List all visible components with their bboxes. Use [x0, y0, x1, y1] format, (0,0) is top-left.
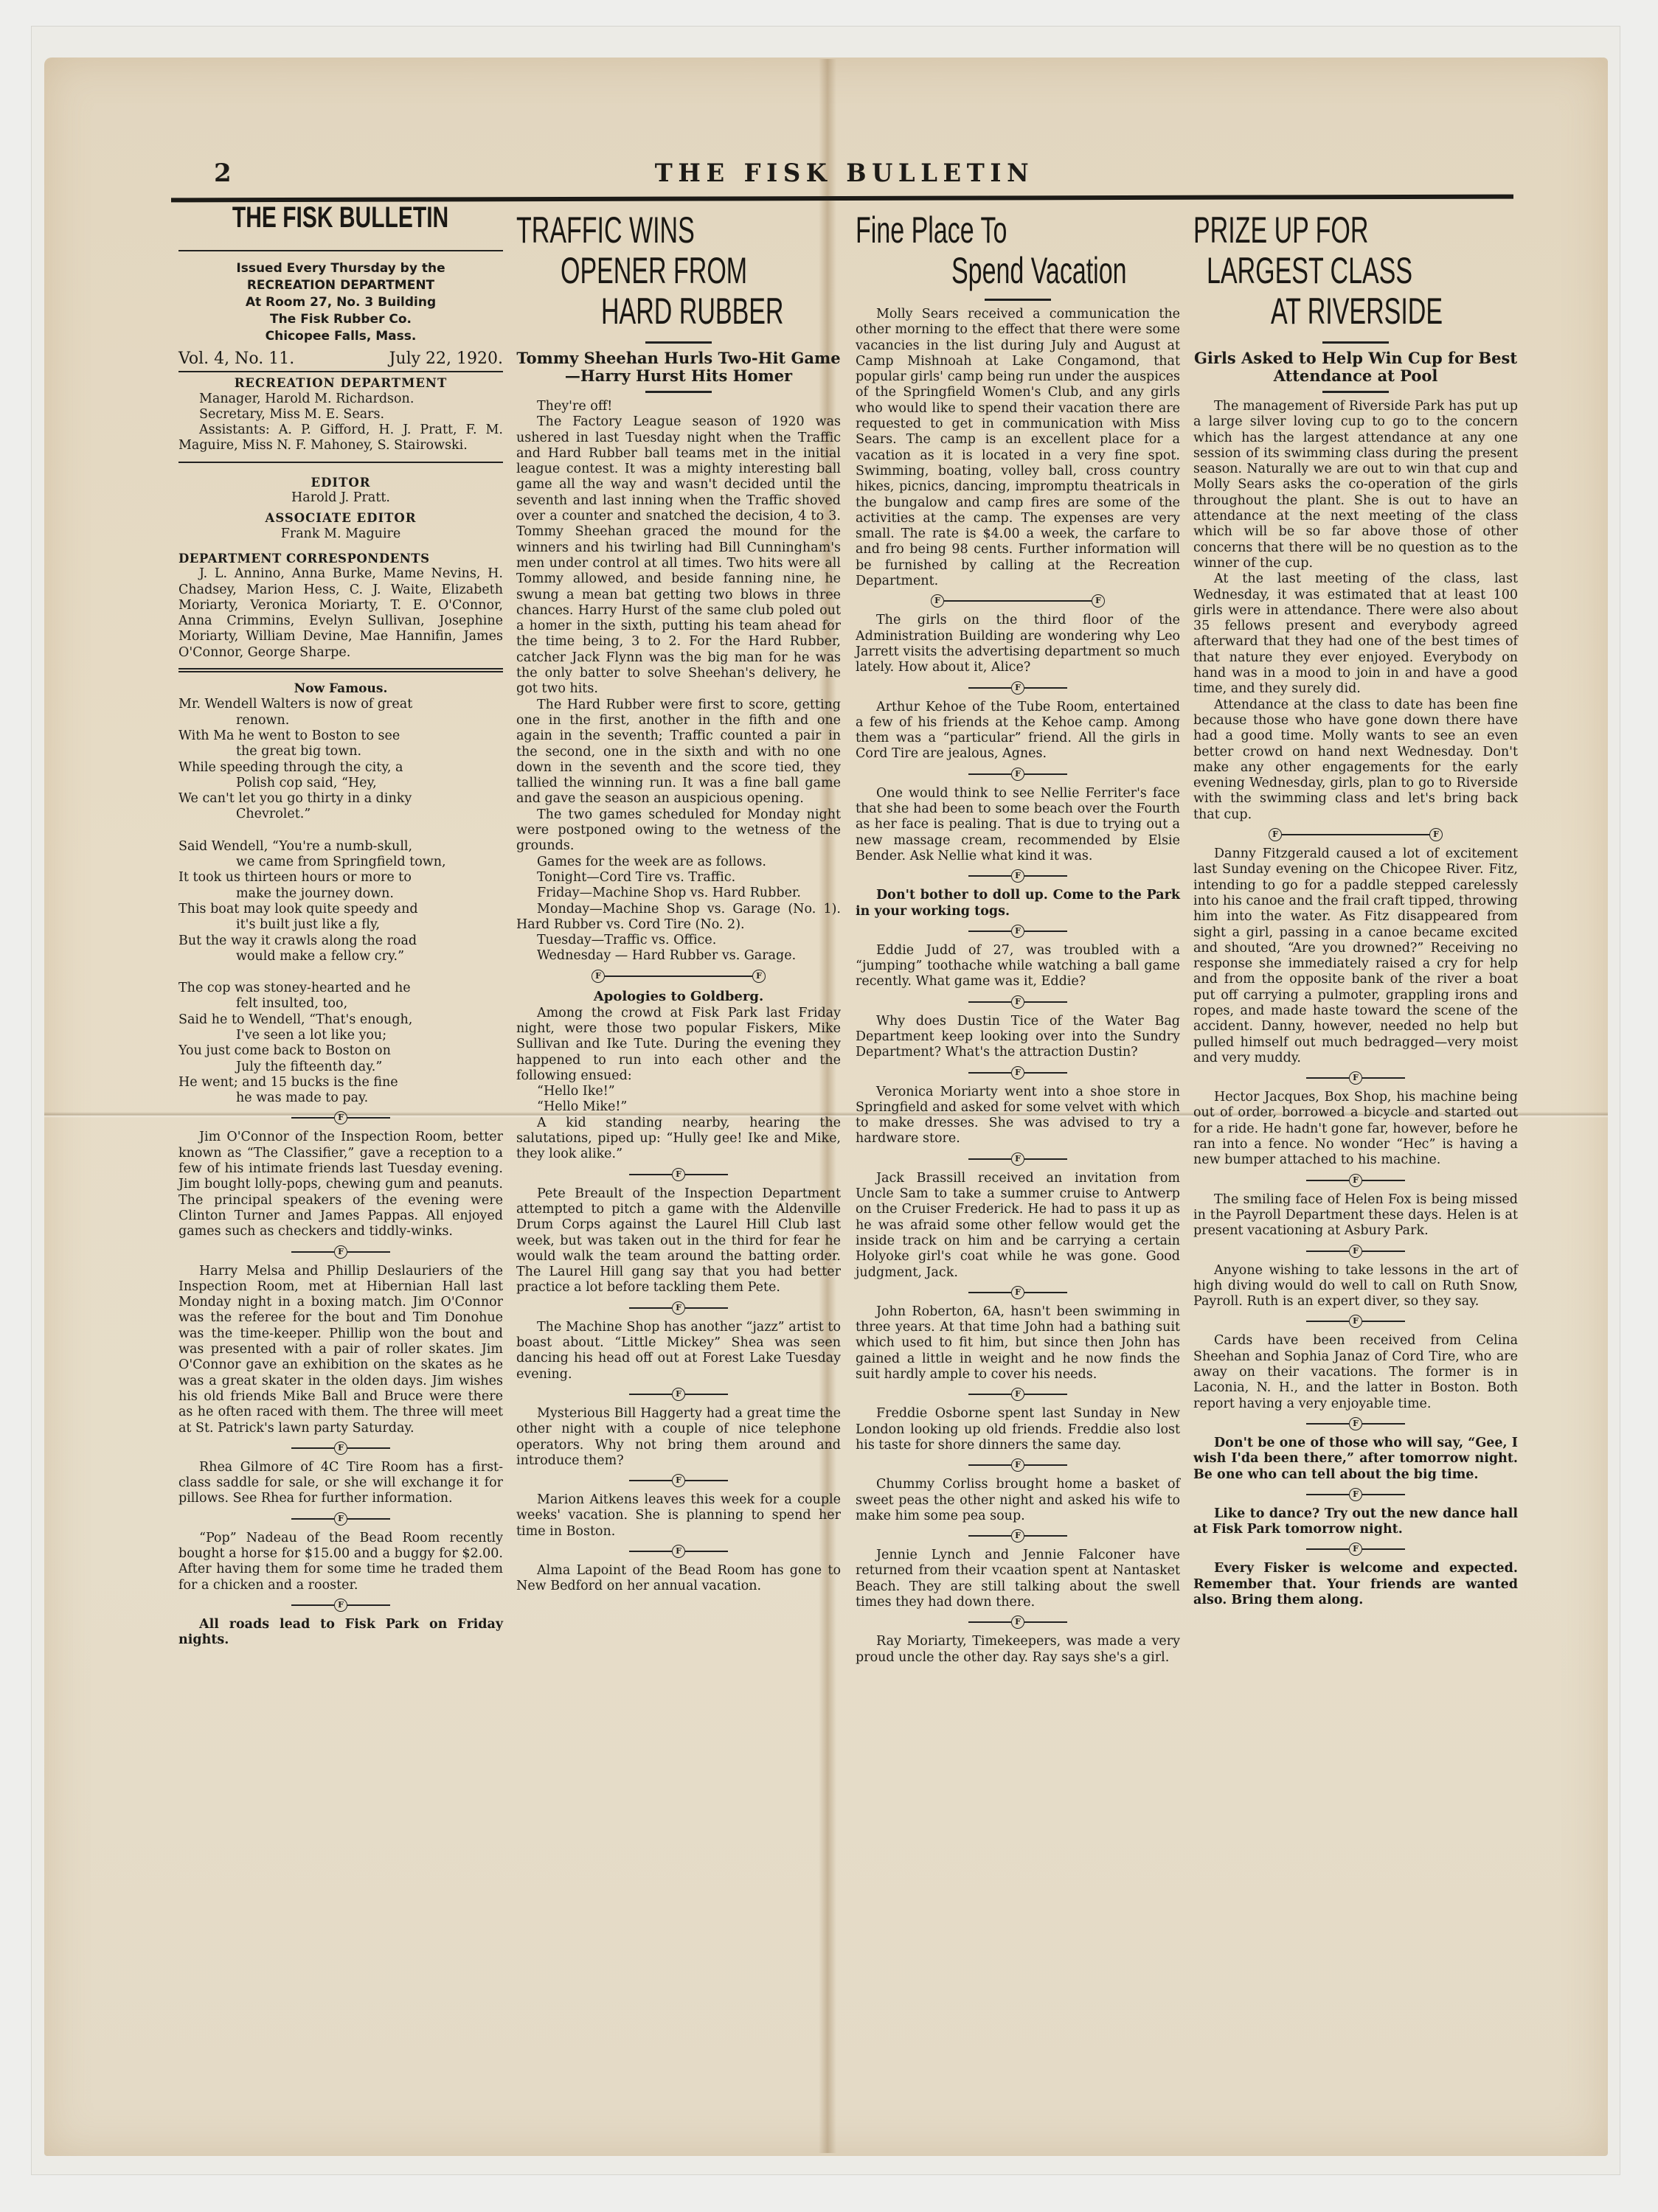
poem-line: it's built just like a fly, — [178, 917, 503, 933]
promo-notice: Don't be one of those who will say, “Gee… — [1193, 1436, 1518, 1483]
poem-line: But the way it crawls along the road — [178, 933, 503, 949]
news-item: Jack Brassill received an invitation fro… — [856, 1171, 1180, 1281]
fisk-f-emblem-icon: F — [334, 1111, 347, 1124]
fisk-f-emblem-icon: F — [1011, 768, 1024, 781]
f-separator: F — [856, 869, 1180, 883]
publisher-line: At Room 27, No. 3 Building — [178, 294, 503, 311]
riverside-subheadline: Girls Asked to Help Win Cup for Best Att… — [1193, 349, 1518, 385]
issue-date: July 22, 1920. — [389, 351, 503, 366]
f-separator: F — [856, 1387, 1180, 1402]
headline-line: Fine Place To — [856, 210, 1007, 250]
fisk-f-emblem-icon: F — [1349, 1488, 1362, 1501]
news-item: The girls on the third floor of the Admi… — [856, 613, 1180, 675]
news-item: Chummy Corliss brought home a basket of … — [856, 1477, 1180, 1524]
poem-line: the great big town. — [178, 744, 503, 759]
article-paragraph: “Hello Ike!” — [516, 1084, 841, 1099]
fisk-f-emblem-icon: F — [1011, 1615, 1024, 1629]
fisk-f-emblem-icon: F — [1349, 1543, 1362, 1556]
publisher-line: The Fisk Rubber Co. — [178, 311, 503, 328]
f-separator-wide: FF — [516, 969, 841, 984]
fisk-f-emblem-icon: F — [1349, 1071, 1362, 1085]
fisk-f-emblem-icon: F — [1349, 1245, 1362, 1258]
issue-info: Vol. 4, No. 11. July 22, 1920. — [178, 351, 503, 366]
poem-line: We can't let you go thirty in a dinky — [178, 791, 503, 807]
column-3: Fine Place To Spend Vacation Molly Sears… — [856, 210, 1180, 1666]
news-item: One would think to see Nellie Ferriter's… — [856, 786, 1180, 864]
fisk-f-emblem-icon: F — [672, 1474, 685, 1487]
headline-line: AT RIVERSIDE — [1271, 291, 1443, 331]
headline-line: Spend Vacation — [951, 251, 1127, 291]
article-paragraph: The Factory League season of 1920 was us… — [516, 414, 841, 697]
f-separator: F — [1193, 1314, 1518, 1329]
f-separator: F — [1193, 1416, 1518, 1431]
promo-notice: Don't bother to doll up. Come to the Par… — [856, 888, 1180, 919]
news-item: Marion Aitkens leaves this week for a co… — [516, 1492, 841, 1540]
f-separator: F — [1193, 1173, 1518, 1188]
fisk-f-emblem-icon: F — [1011, 681, 1024, 695]
poem-line: With Ma he went to Boston to see — [178, 728, 503, 744]
article-paragraph: They're off! — [516, 399, 841, 414]
news-item: John Roberton, 6A, hasn't been swimming … — [856, 1304, 1180, 1382]
f-separator: F — [856, 681, 1180, 695]
staff-line: Assistants: A. P. Gifford, H. J. Pratt, … — [178, 422, 503, 454]
poem-line: he was made to pay. — [178, 1091, 503, 1106]
news-item: Harry Melsa and Phillip Deslauriers of t… — [178, 1264, 503, 1436]
f-separator: F — [516, 1473, 841, 1488]
fisk-f-emblem-icon: F — [1011, 1286, 1024, 1299]
news-item: Arthur Kehoe of the Tube Room, entertain… — [856, 700, 1180, 762]
schedule-item: Tonight—Cord Tire vs. Traffic. — [516, 870, 841, 886]
poem-line: You just come back to Boston on — [178, 1043, 503, 1059]
schedule-item: Friday—Machine Shop vs. Hard Rubber. — [516, 886, 841, 901]
f-separator: F — [178, 1245, 503, 1259]
fisk-f-emblem-icon: F — [1092, 594, 1105, 608]
fisk-f-emblem-icon: F — [1011, 1529, 1024, 1543]
goldberg-title: Apologies to Goldberg. — [516, 988, 841, 1006]
news-item: Anyone wishing to take lessons in the ar… — [1193, 1263, 1518, 1310]
poem-line: I've seen a lot like you; — [178, 1028, 503, 1043]
editor-label: EDITOR — [178, 475, 503, 490]
f-separator: F — [856, 995, 1180, 1009]
publisher-box-title: THE FISK BULLETIN — [232, 210, 448, 226]
staff-line: Manager, Harold M. Richardson. — [178, 392, 503, 407]
fisk-f-emblem-icon: F — [334, 1512, 347, 1526]
news-item: The Machine Shop has another “jazz” arti… — [516, 1320, 841, 1382]
promo-notice: Every Fisker is welcome and expected. Re… — [1193, 1561, 1518, 1608]
publisher-box: THE FISK BULLETIN Issued Every Thursday … — [178, 210, 503, 661]
fisk-f-emblem-icon: F — [752, 970, 766, 983]
f-separator: F — [178, 1441, 503, 1455]
column-4: PRIZE UP FOR LARGEST CLASS AT RIVERSIDE … — [1193, 210, 1518, 1608]
f-separator: F — [1193, 1244, 1518, 1259]
column-1: THE FISK BULLETIN Issued Every Thursday … — [178, 210, 503, 1648]
f-separator-wide: FF — [1193, 827, 1518, 842]
news-item: Alma Lapoint of the Bead Room has gone t… — [516, 1563, 841, 1595]
headline-line: OPENER FROM — [561, 251, 747, 291]
poem-title: Now Famous. — [178, 681, 503, 697]
poem-line: Chevrolet.” — [178, 807, 503, 822]
poem: Mr. Wendell Walters is now of greatrenow… — [178, 697, 503, 1106]
article-paragraph: The Hard Rubber were first to score, get… — [516, 698, 841, 807]
f-separator: F — [1193, 1487, 1518, 1502]
fisk-f-emblem-icon: F — [1349, 1174, 1362, 1187]
news-item: Jim O'Connor of the Inspection Room, bet… — [178, 1130, 503, 1239]
fisk-f-emblem-icon: F — [1011, 1388, 1024, 1401]
traffic-headline: TRAFFIC WINS OPENER FROM HARD RUBBER — [516, 210, 841, 335]
news-item: Danny Fitzgerald caused a lot of excitem… — [1193, 846, 1518, 1066]
f-separator: F — [1193, 1071, 1518, 1085]
f-separator: F — [856, 1065, 1180, 1080]
staff-line: Secretary, Miss M. E. Sears. — [178, 407, 503, 422]
masthead: 2 THE FISK BULLETIN — [170, 159, 1519, 195]
poem-line: felt insulted, too, — [178, 996, 503, 1012]
fisk-f-emblem-icon: F — [334, 1245, 347, 1259]
f-separator: F — [516, 1167, 841, 1182]
traffic-subheadline: Tommy Sheehan Hurls Two-Hit Game—Harry H… — [516, 349, 841, 385]
headline-line: TRAFFIC WINS — [516, 210, 695, 250]
article-paragraph: “Hello Mike!” — [516, 1099, 841, 1115]
promo-notice: Like to dance? Try out the new dance hal… — [1193, 1506, 1518, 1538]
news-item: Jennie Lynch and Jennie Falconer have re… — [856, 1548, 1180, 1610]
article-paragraph: The management of Riverside Park has put… — [1193, 399, 1518, 571]
news-item: Why does Dustin Tice of the Water Bag De… — [856, 1014, 1180, 1061]
poem-line: make the journey down. — [178, 886, 503, 902]
poem-line: He went; and 15 bucks is the fine — [178, 1075, 503, 1091]
f-separator: F — [856, 1285, 1180, 1300]
editor-name: Harold J. Pratt. — [178, 490, 503, 506]
fisk-f-emblem-icon: F — [672, 1388, 685, 1401]
associate-editor-name: Frank M. Maguire — [178, 526, 503, 542]
news-item: Cards have been received from Celina She… — [1193, 1333, 1518, 1411]
news-item: Pete Breault of the Inspection Departmen… — [516, 1186, 841, 1296]
game-schedule: Tonight—Cord Tire vs. Traffic. Friday—Ma… — [516, 870, 841, 964]
f-separator: F — [516, 1301, 841, 1315]
fisk-f-emblem-icon: F — [592, 970, 605, 983]
schedule-item: Monday—Machine Shop vs. Garage (No. 1). … — [516, 902, 841, 933]
article-paragraph: The two games scheduled for Monday night… — [516, 807, 841, 855]
f-separator: F — [178, 1110, 503, 1125]
headline-line: LARGEST CLASS — [1207, 251, 1412, 291]
correspondents-list: J. L. Annino, Anna Burke, Mame Nevins, H… — [178, 566, 503, 661]
column-2: TRAFFIC WINS OPENER FROM HARD RUBBER Tom… — [516, 210, 841, 1595]
fisk-f-emblem-icon: F — [1429, 828, 1443, 841]
f-separator: F — [856, 1152, 1180, 1166]
riverside-headline: PRIZE UP FOR LARGEST CLASS AT RIVERSIDE — [1193, 210, 1518, 335]
poem-line: Said Wendell, “You're a numb-skull, — [178, 839, 503, 855]
f-separator: F — [856, 1458, 1180, 1472]
f-separator: F — [856, 767, 1180, 782]
poem-line: would make a fellow cry.” — [178, 949, 503, 964]
article-paragraph: Molly Sears received a communication the… — [856, 307, 1180, 589]
fisk-f-emblem-icon: F — [1011, 1152, 1024, 1166]
poem-line: Said he to Wendell, “That's enough, — [178, 1012, 503, 1028]
fisk-f-emblem-icon: F — [1011, 1066, 1024, 1079]
vacation-headline: Fine Place To Spend Vacation — [856, 210, 1180, 293]
publisher-line: Chicopee Falls, Mass. — [178, 328, 503, 345]
promo-notice: All roads lead to Fisk Park on Friday ni… — [178, 1617, 503, 1649]
news-item: Freddie Osborne spent last Sunday in New… — [856, 1406, 1180, 1453]
correspondents-label: DEPARTMENT CORRESPONDENTS — [178, 551, 503, 566]
f-separator: F — [178, 1598, 503, 1613]
poem-line: July the fifteenth day.” — [178, 1060, 503, 1075]
fisk-f-emblem-icon: F — [1349, 1417, 1362, 1430]
article-paragraph: Attendance at the class to date has been… — [1193, 698, 1518, 823]
article-paragraph: A kid standing nearby, hearing the salut… — [516, 1116, 841, 1163]
f-separator-wide: FF — [856, 594, 1180, 608]
fisk-f-emblem-icon: F — [672, 1545, 685, 1558]
fisk-f-emblem-icon: F — [672, 1168, 685, 1181]
news-item: The smiling face of Helen Fox is being m… — [1193, 1192, 1518, 1239]
poem-line: Polish cop said, “Hey, — [178, 776, 503, 791]
poem-stanza: Said Wendell, “You're a numb-skull,we ca… — [178, 839, 503, 964]
article-paragraph: At the last meeting of the class, last W… — [1193, 571, 1518, 697]
poem-stanza: Mr. Wendell Walters is now of greatrenow… — [178, 697, 503, 822]
article-paragraph: Among the crowd at Fisk Park last Friday… — [516, 1006, 841, 1084]
f-separator: F — [178, 1512, 503, 1526]
headline-line: HARD RUBBER — [601, 291, 783, 331]
fisk-f-emblem-icon: F — [334, 1441, 347, 1455]
news-item: Eddie Judd of 27, was troubled with a “j… — [856, 943, 1180, 990]
f-separator: F — [516, 1544, 841, 1559]
news-item: Ray Moriarty, Timekeepers, was made a ve… — [856, 1634, 1180, 1666]
fisk-f-emblem-icon: F — [672, 1301, 685, 1315]
f-separator: F — [856, 1615, 1180, 1630]
news-item: Veronica Moriarty went into a shoe store… — [856, 1085, 1180, 1147]
recreation-heading: RECREATION DEPARTMENT — [178, 375, 503, 391]
f-separator: F — [516, 1387, 841, 1402]
publisher-line: RECREATION DEPARTMENT — [178, 277, 503, 294]
f-separator: F — [1193, 1542, 1518, 1557]
f-separator: F — [856, 1528, 1180, 1543]
fisk-f-emblem-icon: F — [1011, 995, 1024, 1009]
news-item: Mysterious Bill Haggerty had a great tim… — [516, 1406, 841, 1469]
schedule-item: Wednesday — Hard Rubber vs. Garage. — [516, 948, 841, 964]
publisher-line: Issued Every Thursday by the — [178, 260, 503, 277]
poem-line: While speeding through the city, a — [178, 760, 503, 776]
article-paragraph: Games for the week are as follows. — [516, 855, 841, 870]
schedule-item: Tuesday—Traffic vs. Office. — [516, 933, 841, 948]
poem-line: Mr. Wendell Walters is now of great — [178, 697, 503, 712]
news-item: “Pop” Nadeau of the Bead Room recently b… — [178, 1531, 503, 1593]
poem-line: This boat may look quite speedy and — [178, 902, 503, 917]
fisk-f-emblem-icon: F — [1011, 925, 1024, 938]
poem-line: we came from Springfield town, — [178, 855, 503, 870]
fisk-f-emblem-icon: F — [1269, 828, 1282, 841]
associate-editor-label: ASSOCIATE EDITOR — [178, 510, 503, 526]
fisk-f-emblem-icon: F — [931, 594, 944, 608]
volume-number: Vol. 4, No. 11. — [178, 351, 294, 366]
fisk-f-emblem-icon: F — [334, 1599, 347, 1612]
fisk-f-emblem-icon: F — [1011, 1458, 1024, 1472]
masthead-title: THE FISK BULLETIN — [204, 159, 1486, 188]
poem-line: renown. — [178, 713, 503, 728]
headline-line: PRIZE UP FOR — [1193, 210, 1368, 250]
poem-line: The cop was stoney-hearted and he — [178, 981, 503, 996]
news-item: Hector Jacques, Box Shop, his machine be… — [1193, 1090, 1518, 1168]
fisk-f-emblem-icon: F — [1011, 869, 1024, 883]
poem-stanza: The cop was stoney-hearted and hefelt in… — [178, 981, 503, 1106]
news-item: Rhea Gilmore of 4C Tire Room has a first… — [178, 1460, 503, 1507]
poem-line: It took us thirteen hours or more to — [178, 870, 503, 886]
f-separator: F — [856, 924, 1180, 939]
fisk-f-emblem-icon: F — [1349, 1315, 1362, 1328]
